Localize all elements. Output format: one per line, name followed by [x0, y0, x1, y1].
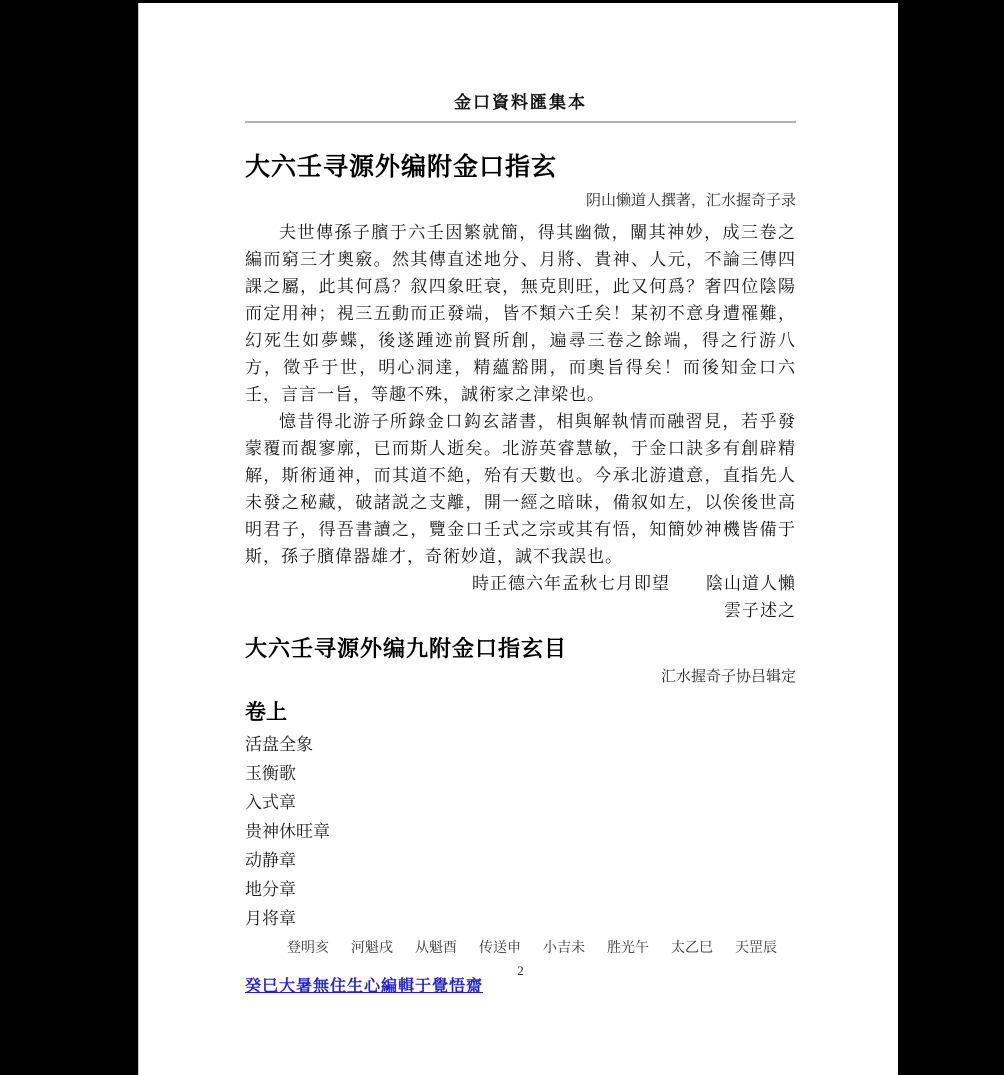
page-footer: 2 癸巳大暑無住生心編輯于覺悟齋 [245, 963, 796, 1003]
volume-heading: 卷上 [245, 696, 796, 726]
content-column: 金口資料匯集本 大六壬寻源外编附金口指玄 阴山懒道人撰著，汇水握奇子录 夫世傳孫… [245, 88, 796, 1003]
toc-byline: 汇水握奇子协吕辑定 [245, 665, 796, 686]
yuejiang-row: 登明亥 河魁戌 从魁酉 传送申 小吉未 胜光午 太乙巳 天罡辰 [287, 937, 796, 957]
yuejiang-item: 太乙巳 [671, 937, 713, 957]
document-title: 大六壬寻源外编附金口指玄 [245, 147, 796, 183]
yuejiang-item: 胜光午 [607, 937, 649, 957]
toc-list: 活盘全象 玉衡歌 入式章 贵神休旺章 动静章 地分章 月将章 [245, 730, 796, 933]
preface-paragraph-2: 憶昔得北游子所錄金口鈎玄諸書，相與解執情而融習見，若乎發蒙覆而覩寥廓，已而斯人逝… [245, 408, 796, 570]
editor-footer-link[interactable]: 癸巳大暑無住生心編輯于覺悟齋 [245, 973, 483, 996]
colophon-signature-line: 雲子述之 [245, 597, 796, 624]
preface-paragraph-1: 夫世傳孫子臏于六壬因繁就簡，得其幽微，闡其神妙，成三卷之編而窮三才奧竅。然其傳直… [245, 219, 796, 408]
colophon: 時正德六年孟秋七月即望 陰山道人懶 雲子述之 [245, 570, 796, 624]
colophon-date-line: 時正德六年孟秋七月即望 陰山道人懶 [245, 570, 796, 597]
toc-item: 月将章 [245, 904, 796, 933]
yuejiang-item: 小吉未 [543, 937, 585, 957]
document-page: 金口資料匯集本 大六壬寻源外编附金口指玄 阴山懒道人撰著，汇水握奇子录 夫世傳孫… [138, 3, 898, 1075]
author-byline: 阴山懒道人撰著，汇水握奇子录 [245, 189, 796, 210]
yuejiang-item: 从魁酉 [415, 937, 457, 957]
toc-title: 大六壬寻源外编九附金口指玄目 [245, 632, 796, 663]
toc-item: 活盘全象 [245, 730, 796, 759]
toc-item: 入式章 [245, 788, 796, 817]
running-header: 金口資料匯集本 [245, 88, 796, 113]
toc-item: 玉衡歌 [245, 759, 796, 788]
yuejiang-item: 登明亥 [287, 937, 329, 957]
toc-item: 贵神休旺章 [245, 817, 796, 846]
viewer-canvas: { "document": { "header": "金口資料匯集本", "ti… [0, 0, 1004, 1075]
yuejiang-item: 河魁戌 [351, 937, 393, 957]
toc-item: 地分章 [245, 875, 796, 904]
header-rule [245, 121, 796, 123]
toc-item: 动静章 [245, 846, 796, 875]
yuejiang-item: 天罡辰 [735, 937, 777, 957]
yuejiang-item: 传送申 [479, 937, 521, 957]
